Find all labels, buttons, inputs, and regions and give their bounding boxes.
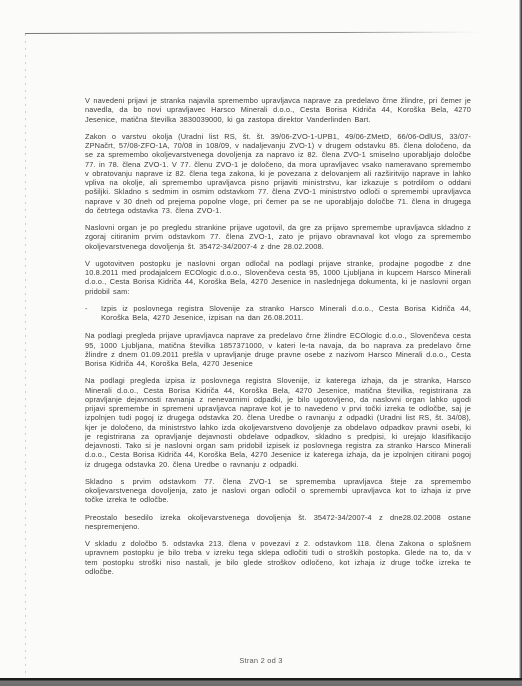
bullet-item: -Izpis iz poslovnega registra Slovenije … [85, 304, 471, 323]
scanned-document-page: V navedeni prijavi je stranka najavila s… [0, 0, 522, 686]
paragraph: Preostalo besedilo izreka okoljevarstven… [85, 513, 471, 532]
scanner-bottom-edge [0, 678, 522, 686]
paragraph: Naslovni organ je po pregledu strankine … [85, 223, 471, 251]
page-left-edge-line [25, 34, 26, 678]
paragraph: V skladu z določbo 5. odstavka 213. člen… [85, 539, 471, 576]
paragraph: Skladno s prvim odstavkom 77. člena ZVO-… [85, 477, 471, 505]
paragraph: Zakon o varstvu okolja (Uradni list RS, … [85, 132, 471, 215]
paragraph: V navedeni prijavi je stranka najavila s… [85, 96, 471, 124]
paragraph: Na podlagi pregleda izpisa iz poslovnega… [85, 376, 471, 469]
document-body: V navedeni prijavi je stranka najavila s… [85, 96, 471, 584]
page-top-edge-line [25, 32, 481, 34]
page-number-footer: Stran 2 od 3 [0, 656, 522, 665]
bullet-text: Izpis iz poslovnega registra Slovenije z… [101, 304, 471, 323]
bullet-dash-marker: - [85, 304, 101, 323]
paragraph: Na podlagi pregleda prijave upravljavca … [85, 331, 471, 368]
paragraph: V ugotovitven postopku je naslovni organ… [85, 259, 471, 296]
